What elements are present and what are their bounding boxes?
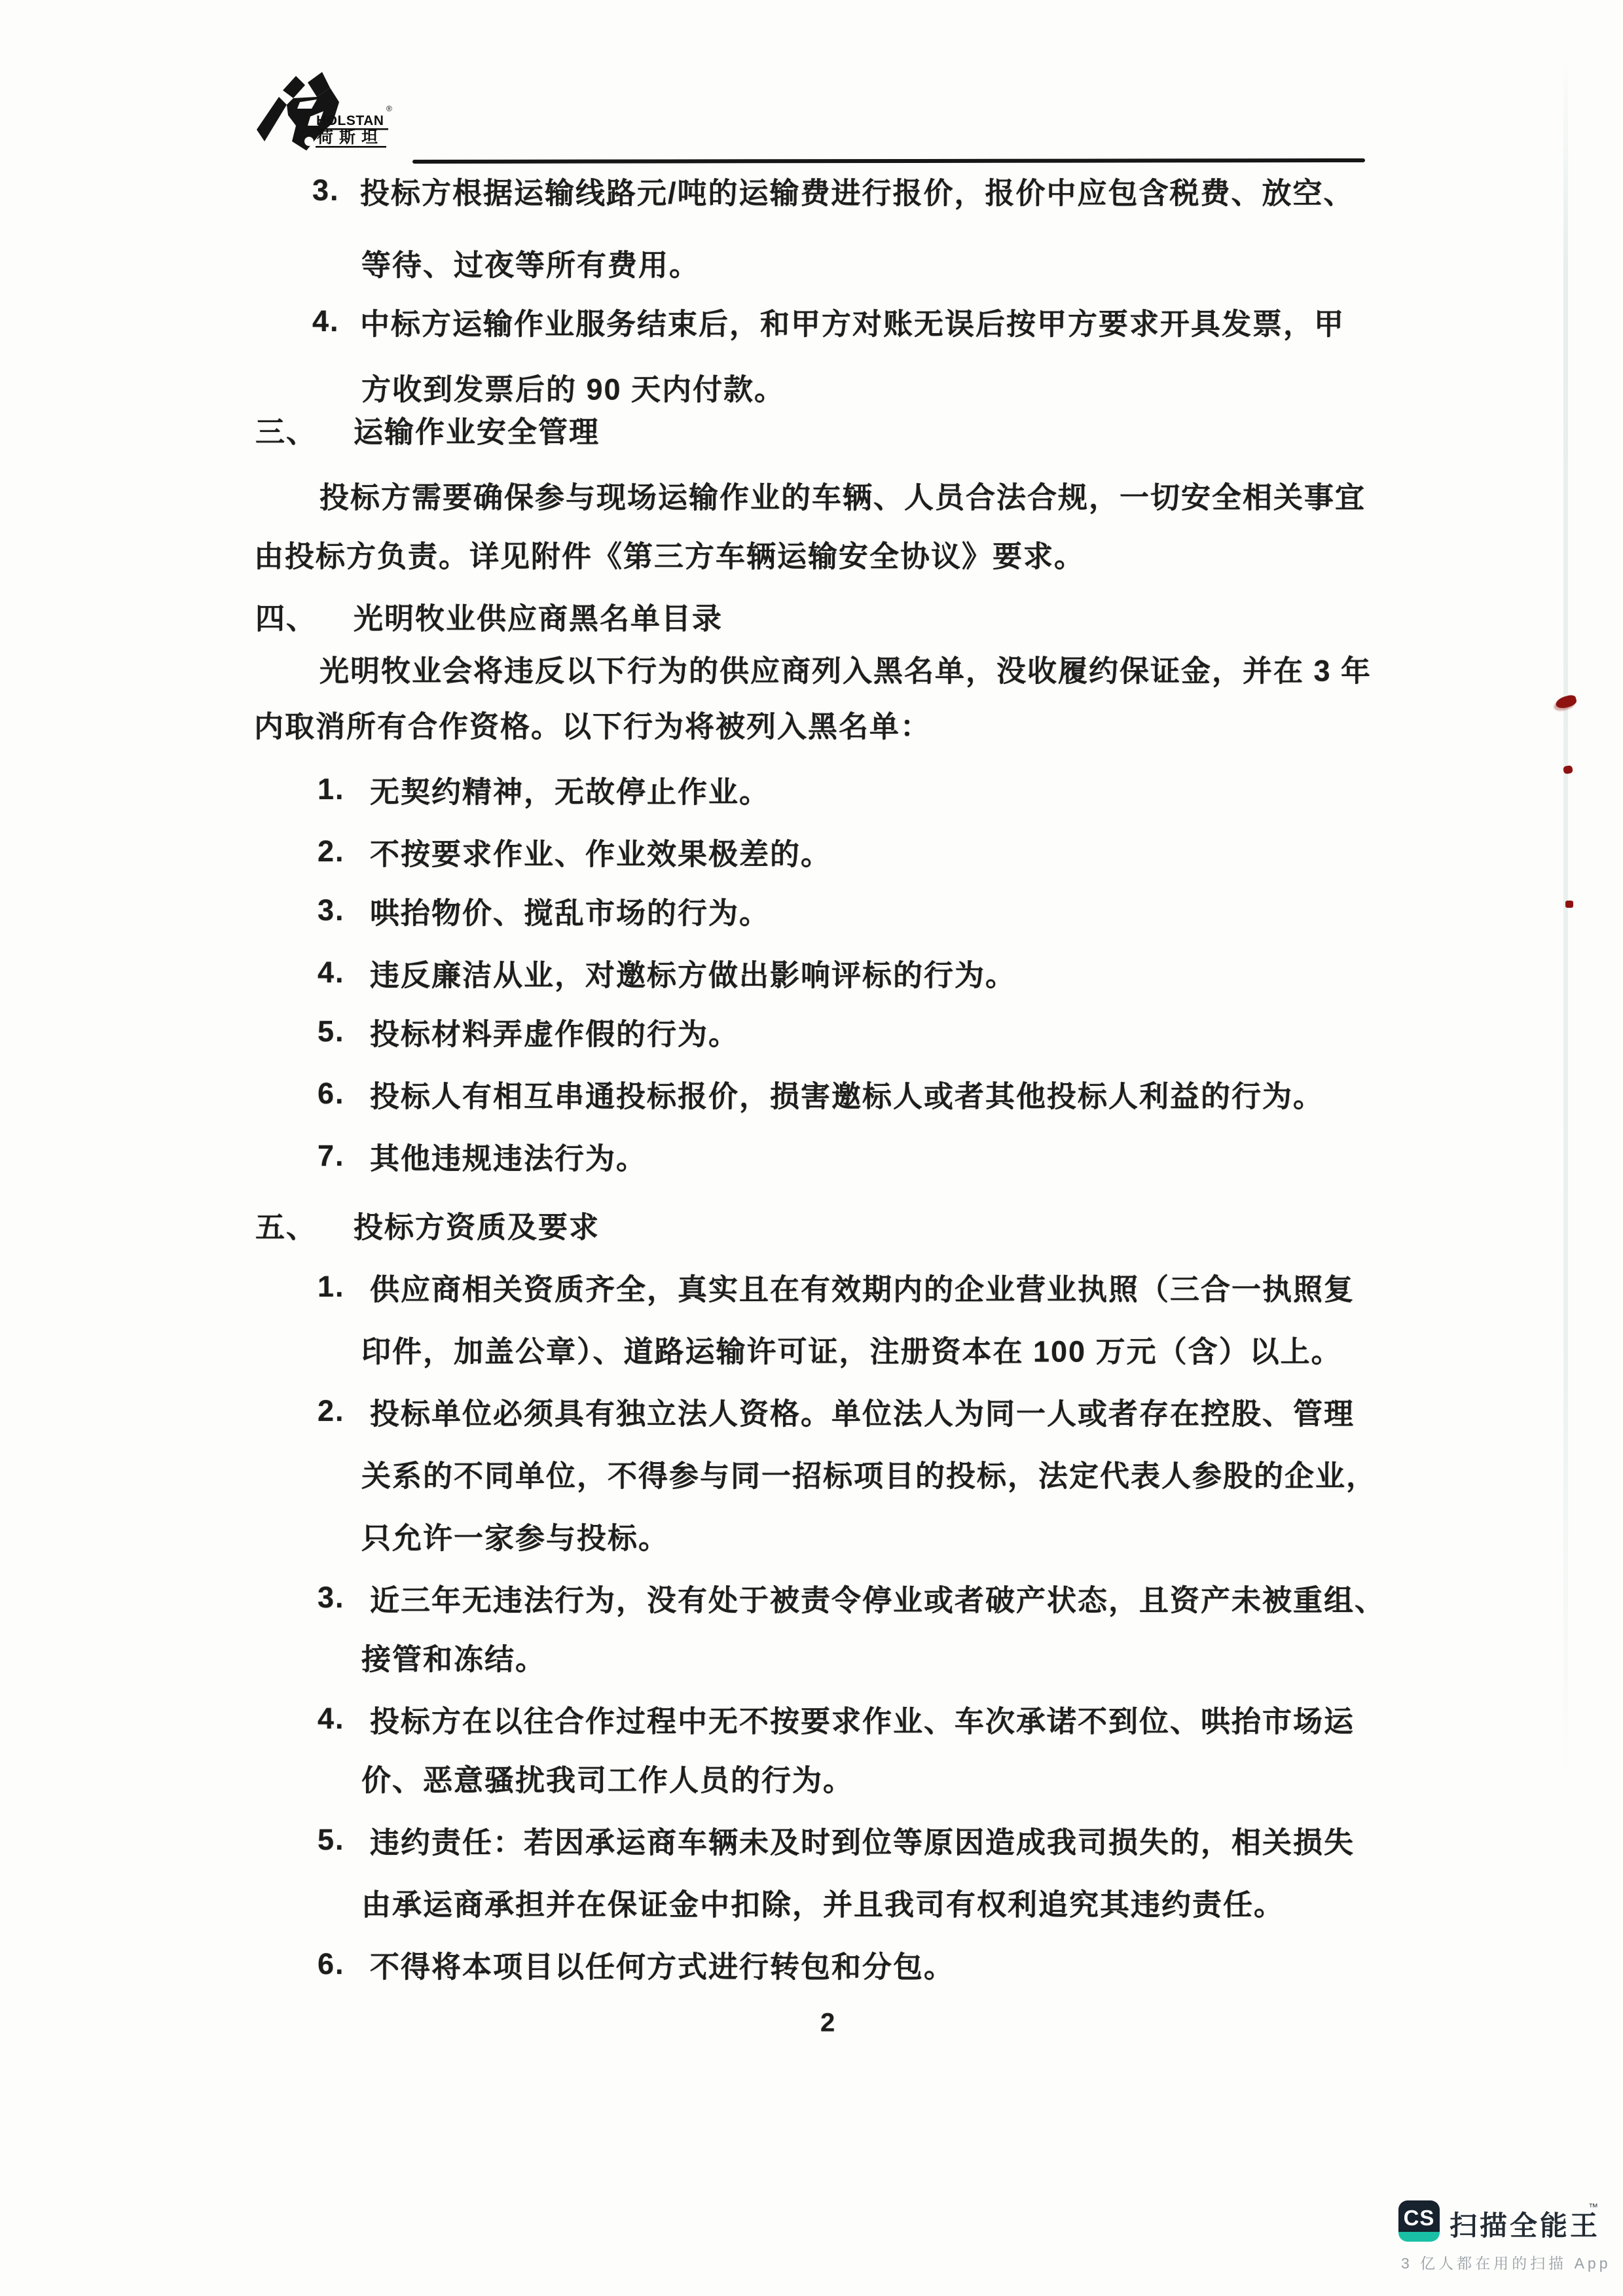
blacklist-item-3: 3. 哄抬物价、搅乱市场的行为。	[0, 879, 1623, 941]
list-number: 4.	[312, 304, 340, 338]
section-number: 五、	[255, 1203, 317, 1246]
list-number: 6.	[318, 1077, 345, 1111]
paragraph-text: 内取消所有合作资格。以下行为将被列入黑名单：	[254, 702, 931, 745]
list-number: 5.	[318, 1823, 345, 1857]
holstan-logo: HOLSTAN ® 荷斯坦	[254, 69, 405, 161]
qualification-item-5-cont: 由承运商承担并在保证金中扣除，并且我司有权利追究其违约责任。	[0, 1871, 1623, 1933]
item-text: 关系的不同单位，不得参与同一招标项目的投标，法定代表人参股的企业，	[361, 1452, 1377, 1494]
blacklist-item-2: 2. 不按要求作业、作业效果极差的。	[0, 820, 1623, 882]
item-text: 接管和冻结。	[361, 1635, 546, 1677]
list-number: 4.	[318, 1702, 345, 1736]
red-ink-mark	[1565, 901, 1573, 908]
item-text: 无契约精神，无故停止作业。	[370, 768, 770, 810]
blacklist-item-7: 7. 其他违规违法行为。	[0, 1124, 1623, 1187]
list-number: 6.	[318, 1947, 345, 1981]
list-number: 7.	[318, 1139, 345, 1173]
item-text: 哄抬物价、搅乱市场的行为。	[370, 889, 770, 931]
item-text: 供应商相关资质齐全，真实且在有效期内的企业营业执照（三合一执照复	[370, 1265, 1355, 1308]
item-text: 其他违规违法行为。	[370, 1134, 647, 1177]
list-number: 1.	[318, 1270, 345, 1304]
qualification-item-6: 6. 不得将本项目以任何方式进行转包和分包。	[0, 1933, 1623, 1995]
cow-head-icon: HOLSTAN ® 荷斯坦	[254, 69, 405, 161]
camscanner-tagline: 3 亿人都在用的扫描 App	[1401, 2251, 1611, 2273]
blacklist-paragraph-cont: 内取消所有合作资格。以下行为将被列入黑名单：	[0, 692, 1623, 755]
list-number: 1.	[318, 772, 345, 806]
item-text: 违反廉洁从业，对邀标方做出影响评标的行为。	[370, 951, 1016, 994]
page-number: 2	[820, 2008, 836, 2037]
brand-name-cn: 荷斯坦	[317, 128, 384, 147]
blacklist-item-6: 6. 投标人有相互串通投标报价，损害邀标人或者其他投标人利益的行为。	[0, 1062, 1623, 1124]
paragraph-text: 投标方需要确保参与现场运输作业的车辆、人员合法合规，一切安全相关事宜	[319, 473, 1366, 516]
registered-mark: ®	[386, 104, 392, 113]
safety-paragraph: 投标方需要确保参与现场运输作业的车辆、人员合法合规，一切安全相关事宜	[0, 463, 1623, 526]
paragraph-text: 光明牧业会将违反以下行为的供应商列入黑名单，没收履约保证金，并在 3 年	[319, 647, 1372, 689]
qualification-item-3: 3. 近三年无违法行为，没有处于被责令停业或者破产状态，且资产未被重组、	[0, 1566, 1623, 1628]
list-number: 3.	[318, 893, 345, 927]
list-number: 3.	[312, 173, 340, 207]
payment-clause-3: 3. 投标方根据运输线路元/吨的运输费进行报价，报价中应包含税费、放空、	[0, 159, 1623, 221]
item-text: 投标方在以往合作过程中无不按要求作业、车次承诺不到位、哄抬市场运	[370, 1697, 1355, 1740]
blacklist-paragraph: 光明牧业会将违反以下行为的供应商列入黑名单，没收履约保证金，并在 3 年	[0, 637, 1623, 699]
scan-fold-line	[1563, 59, 1568, 1774]
section-number: 三、	[255, 408, 317, 450]
item-text: 印件，加盖公章）、道路运输许可证，注册资本在 100 万元（含）以上。	[361, 1327, 1342, 1370]
camscanner-name: 扫描全能王	[1450, 2204, 1600, 2244]
section-heading-safety: 三、 运输作业安全管理	[0, 398, 1623, 460]
item-text: 投标单位必须具有独立法人资格。单位法人为同一人或者存在控股、管理	[370, 1390, 1355, 1432]
qualification-item-3-cont: 接管和冻结。	[0, 1625, 1623, 1687]
item-text: 不按要求作业、作业效果极差的。	[370, 830, 831, 872]
section-number: 四、	[255, 594, 317, 637]
list-number: 2.	[318, 834, 345, 869]
page-footer: 2	[0, 1992, 1623, 2054]
section-heading-qualifications: 五、 投标方资质及要求	[0, 1193, 1623, 1255]
payment-clause-3-cont: 等待、过夜等所有费用。	[0, 231, 1623, 293]
section-title: 运输作业安全管理	[354, 408, 600, 450]
item-text: 不得将本项目以任何方式进行转包和分包。	[370, 1943, 955, 1985]
item-text: 违约责任：若因承运商车辆未及时到位等原因造成我司损失的，相关损失	[370, 1818, 1355, 1861]
paragraph-text: 由投标方负责。详见附件《第三方车辆运输安全协议》要求。	[254, 532, 1085, 575]
qualification-item-2-cont: 关系的不同单位，不得参与同一招标项目的投标，法定代表人参股的企业，	[0, 1442, 1623, 1504]
list-number: 4.	[318, 956, 345, 990]
clause-text: 等待、过夜等所有费用。	[361, 241, 700, 283]
item-text: 近三年无违法行为，没有处于被责令停业或者破产状态，且资产未被重组、	[370, 1576, 1385, 1619]
camscanner-watermark: CS 扫描全能王 ™ 3 亿人都在用的扫描 App	[1393, 2194, 1619, 2276]
qualification-item-1-cont: 印件，加盖公章）、道路运输许可证，注册资本在 100 万元（含）以上。	[0, 1318, 1623, 1380]
blacklist-item-1: 1. 无契约精神，无故停止作业。	[0, 758, 1623, 820]
trademark-mark: ™	[1588, 2202, 1598, 2213]
list-number: 3.	[318, 1581, 345, 1615]
brand-name: HOLSTAN	[316, 113, 384, 128]
section-title: 投标方资质及要求	[354, 1203, 600, 1246]
item-text: 投标人有相互串通投标报价，损害邀标人或者其他投标人利益的行为。	[370, 1072, 1324, 1115]
item-text: 由承运商承担并在保证金中扣除，并且我司有权利追究其违约责任。	[361, 1880, 1285, 1923]
qualification-item-1: 1. 供应商相关资质齐全，真实且在有效期内的企业营业执照（三合一执照复	[0, 1255, 1623, 1318]
item-text: 价、恶意骚扰我司工作人员的行为。	[361, 1756, 854, 1799]
payment-clause-4: 4. 中标方运输作业服务结束后，和甲方对账无误后按甲方要求开具发票，甲	[0, 290, 1623, 352]
section-title: 光明牧业供应商黑名单目录	[354, 594, 723, 637]
clause-text: 投标方根据运输线路元/吨的运输费进行报价，报价中应包含税费、放空、	[360, 169, 1355, 211]
qualification-item-4-cont: 价、恶意骚扰我司工作人员的行为。	[0, 1746, 1623, 1808]
camscanner-icon: CS	[1398, 2200, 1440, 2242]
blacklist-item-5: 5. 投标材料弄虚作假的行为。	[0, 1000, 1623, 1062]
qualification-item-2: 2. 投标单位必须具有独立法人资格。单位法人为同一人或者存在控股、管理	[0, 1380, 1623, 1442]
item-text: 只允许一家参与投标。	[361, 1514, 669, 1556]
qualification-item-5: 5. 违约责任：若因承运商车辆未及时到位等原因造成我司损失的，相关损失	[0, 1808, 1623, 1871]
blacklist-item-4: 4. 违反廉洁从业，对邀标方做出影响评标的行为。	[0, 941, 1623, 1003]
qualification-item-4: 4. 投标方在以往合作过程中无不按要求作业、车次承诺不到位、哄抬市场运	[0, 1687, 1623, 1749]
list-number: 5.	[318, 1014, 345, 1049]
list-number: 2.	[318, 1394, 345, 1428]
qualification-item-2-cont2: 只允许一家参与投标。	[0, 1504, 1623, 1566]
safety-paragraph-cont: 由投标方负责。详见附件《第三方车辆运输安全协议》要求。	[0, 522, 1623, 584]
document-page: HOLSTAN ® 荷斯坦 3. 投标方根据运输线路元/吨的运输费进行报价，报价…	[0, 0, 1623, 2296]
item-text: 投标材料弄虚作假的行为。	[370, 1010, 739, 1052]
clause-text: 中标方运输作业服务结束后，和甲方对账无误后按甲方要求开具发票，甲	[360, 300, 1345, 342]
